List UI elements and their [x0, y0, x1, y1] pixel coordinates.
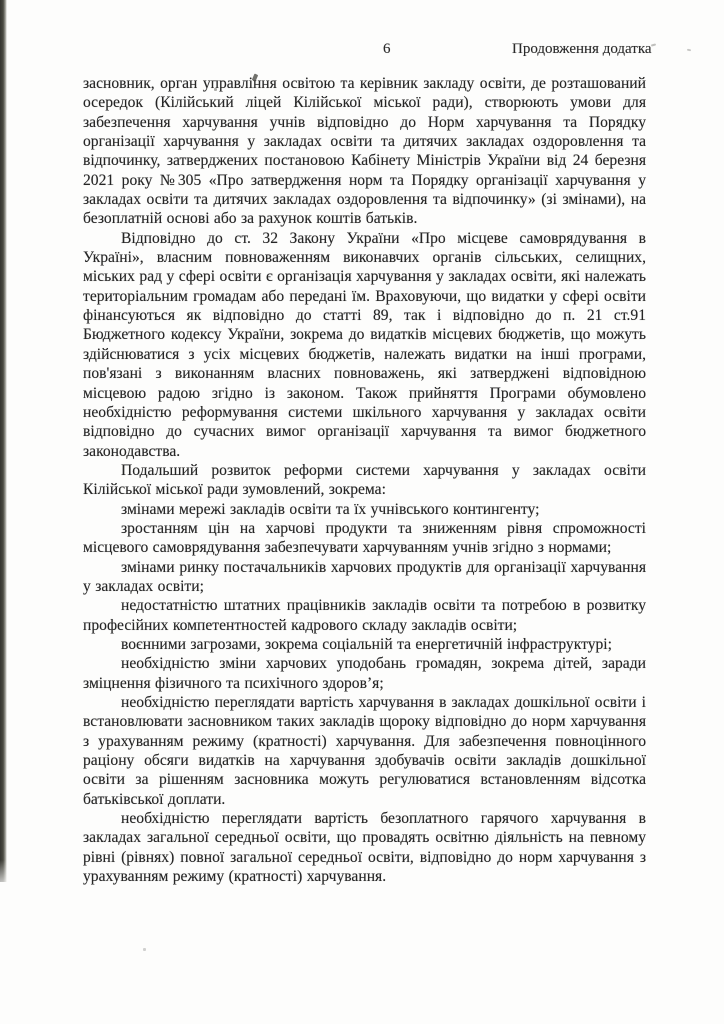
paragraph-founder-conditions: засновник, орган управління освітою та к…	[83, 74, 646, 229]
list-item-war-threats: воєнними загрозами, зокрема соціальній т…	[83, 635, 646, 654]
list-item-price-growth: зростанням цін на харчові продукти та зн…	[83, 519, 646, 558]
page-header: 6 Продовження додатка	[0, 40, 724, 60]
scan-edge-fade	[0, 860, 7, 900]
list-item-supplier-market: змінами ринку постачальників харчових пр…	[83, 558, 646, 597]
list-item-school-free-meals-cost-review: необхідністю переглядати вартість безопл…	[83, 809, 646, 886]
document-page: 6 Продовження додатка засновник, орган у…	[0, 0, 724, 1024]
document-body: засновник, орган управління освітою та к…	[83, 74, 646, 886]
scan-edge-artifact	[0, 0, 7, 882]
list-item-preschool-cost-review: необхідністю переглядати вартість харчув…	[83, 693, 646, 809]
list-item-network-changes: змінами мережі закладів освіти та їх учн…	[83, 500, 646, 519]
scan-speck	[143, 948, 146, 951]
paragraph-further-reform-intro: Подальший розвиток реформи системи харчу…	[83, 461, 646, 500]
continuation-label: Продовження додатка	[512, 40, 652, 58]
list-item-staff-shortage: недостатністю штатних працівників заклад…	[83, 596, 646, 635]
page-number: 6	[383, 40, 391, 58]
list-item-food-habits: необхідністю зміни харчових уподобань гр…	[83, 654, 646, 693]
paragraph-law-article-32: Відповідно до ст. 32 Закону України «Про…	[83, 229, 646, 461]
